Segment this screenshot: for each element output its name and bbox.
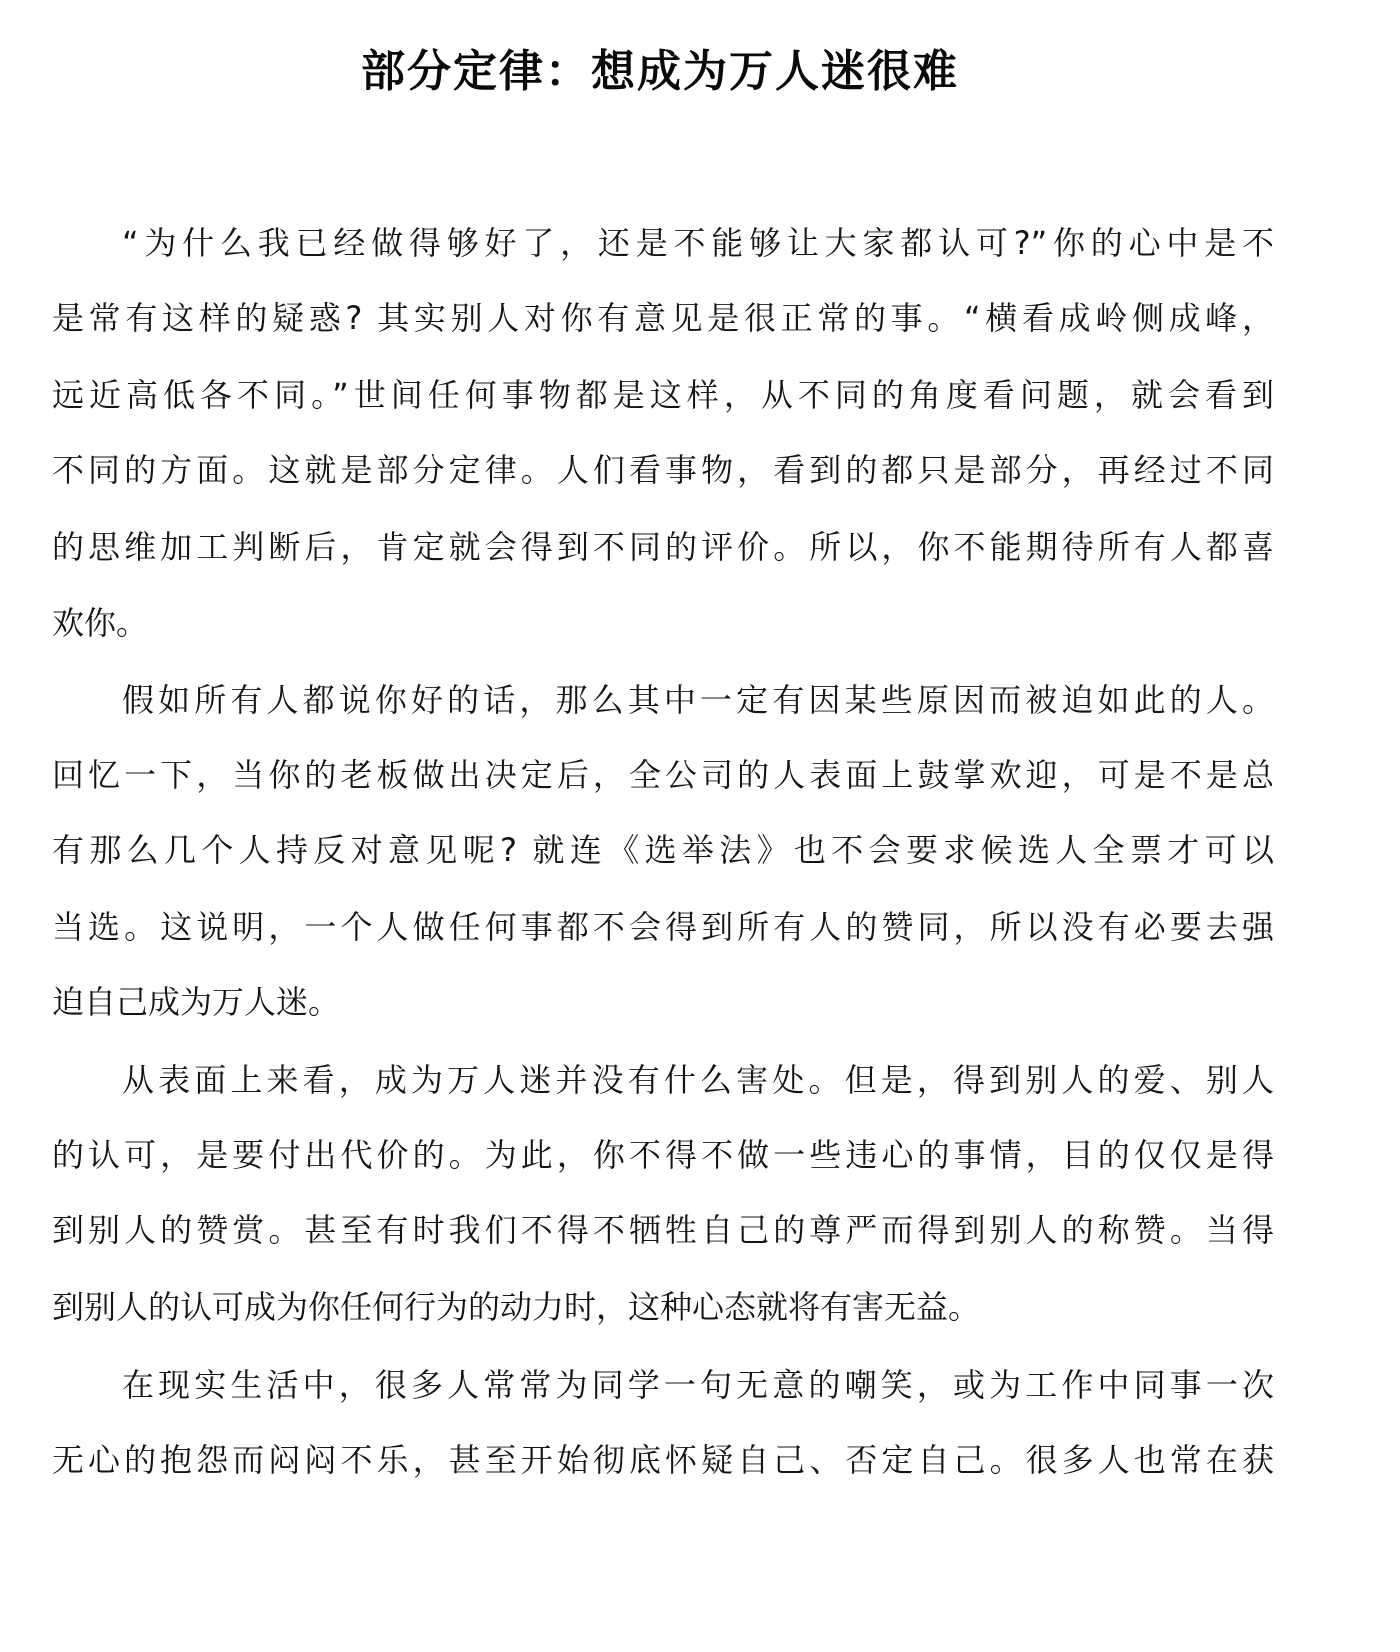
- text-line: 有那么几个人持反对意见呢? 就连《选举法》也不会要求候选人全票才可以: [52, 828, 1274, 872]
- text-line: 不同的方面。这就是部分定律。人们看事物，看到的都只是部分，再经过不同: [52, 448, 1274, 492]
- text-line: 回忆一下，当你的老板做出决定后，全公司的人表面上鼓掌欢迎，可是不是总: [52, 753, 1274, 797]
- text-line: 到别人的赞赏。甚至有时我们不得不牺牲自己的尊严而得到别人的称赞。当得: [52, 1208, 1274, 1252]
- text-line: 当选。这说明，一个人做任何事都不会得到所有人的赞同，所以没有必要去强: [52, 905, 1274, 949]
- page-title: 部分定律：想成为万人迷很难: [0, 40, 1320, 104]
- text-line: 远近高低各不同。”世间任何事物都是这样，从不同的角度看问题，就会看到: [52, 373, 1274, 417]
- text-line: “为什么我已经做得够好了，还是不能够让大家都认可?”你的心中是不: [122, 221, 1274, 265]
- text-line: 从表面上来看，成为万人迷并没有什么害处。但是，得到别人的爱、别人: [122, 1058, 1274, 1102]
- text-line: 的认可，是要付出代价的。为此，你不得不做一些违心的事情，目的仅仅是得: [52, 1133, 1274, 1177]
- text-line: 无心的抱怨而闷闷不乐，甚至开始彻底怀疑自己、否定自己。很多人也常在获: [52, 1438, 1274, 1482]
- text-line: 迫自己成为万人迷。: [52, 980, 1274, 1024]
- text-line: 在现实生活中，很多人常常为同学一句无意的嘲笑，或为工作中同事一次: [122, 1363, 1274, 1407]
- document-page: 部分定律：想成为万人迷很难 “为什么我已经做得够好了，还是不能够让大家都认可?”…: [0, 0, 1400, 1652]
- text-line: 假如所有人都说你好的话，那么其中一定有因某些原因而被迫如此的人。: [122, 678, 1274, 722]
- text-line: 到别人的认可成为你任何行为的动力时，这种心态就将有害无益。: [52, 1285, 1274, 1329]
- text-line: 是常有这样的疑惑? 其实别人对你有意见是很正常的事。“横看成岭侧成峰，: [52, 296, 1274, 340]
- text-line: 的思维加工判断后，肯定就会得到不同的评价。所以，你不能期待所有人都喜: [52, 525, 1274, 569]
- text-line: 欢你。: [52, 601, 1274, 645]
